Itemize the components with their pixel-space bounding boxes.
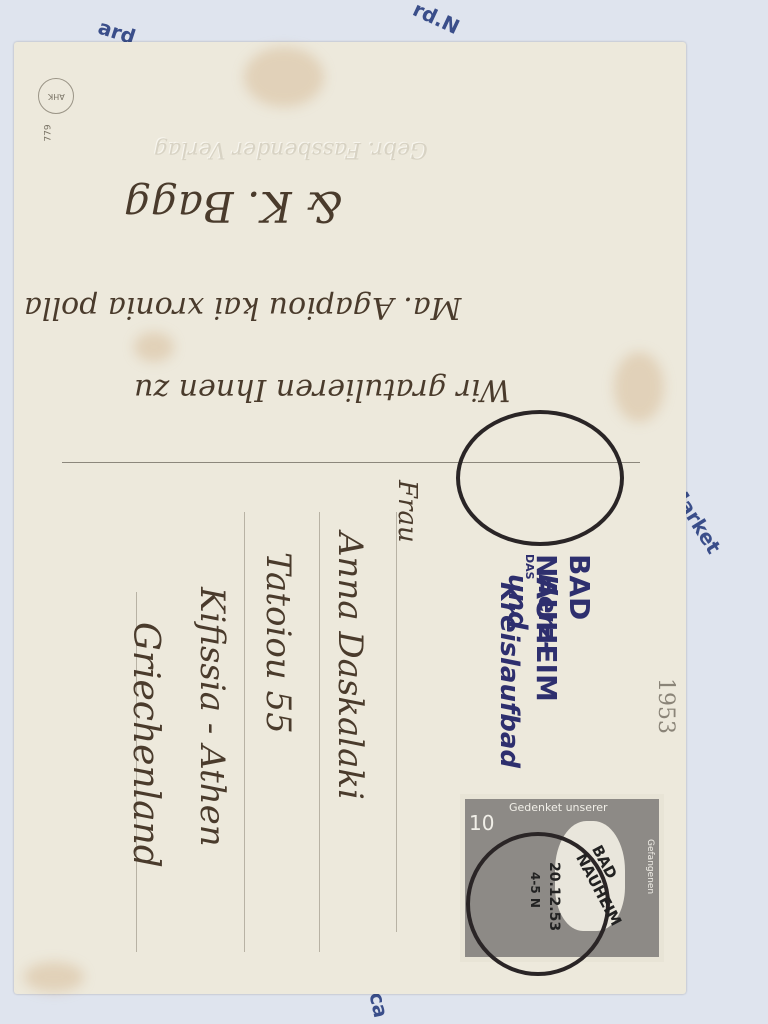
year-note: 1953 bbox=[653, 678, 678, 734]
stamp-value: 10 bbox=[469, 811, 494, 835]
stamp-top-text: Gedenket unserer bbox=[509, 801, 608, 814]
postcard: AHK 779 Gebr. Fassbender Verlag & K. Bag… bbox=[14, 42, 686, 994]
catalog-number: 779 bbox=[44, 124, 54, 141]
stamp-side-text: Gefangenen bbox=[645, 839, 655, 894]
message-line-3: Ma. Agapiou kai xronia polla bbox=[24, 290, 461, 325]
embossed-text: Gebr. Fassbender Verlag bbox=[154, 137, 428, 162]
cancel-date: 20.12.53 bbox=[546, 862, 562, 931]
bg-text-bottom: ca bbox=[365, 990, 394, 1020]
publisher-logo: AHK bbox=[38, 78, 74, 114]
postmark-slogan-3: Kreislaufbad bbox=[494, 582, 524, 768]
message-line-1: Wir gratulieren Ihnen zu bbox=[134, 372, 511, 407]
message-line-4: & K. Bagg bbox=[124, 182, 343, 231]
address-street: Tatoiou 55 bbox=[258, 552, 298, 734]
address-name: Anna Daskalaki bbox=[330, 532, 370, 800]
cancel-time: 4-5 N bbox=[528, 872, 542, 908]
address-country: Griechenland bbox=[125, 622, 166, 868]
address-city: Kifissia - Athen bbox=[192, 587, 232, 847]
postmark-circle bbox=[456, 410, 624, 546]
bg-text-top-right: rd.N bbox=[409, 0, 463, 39]
address-prefix: Frau bbox=[392, 480, 422, 543]
